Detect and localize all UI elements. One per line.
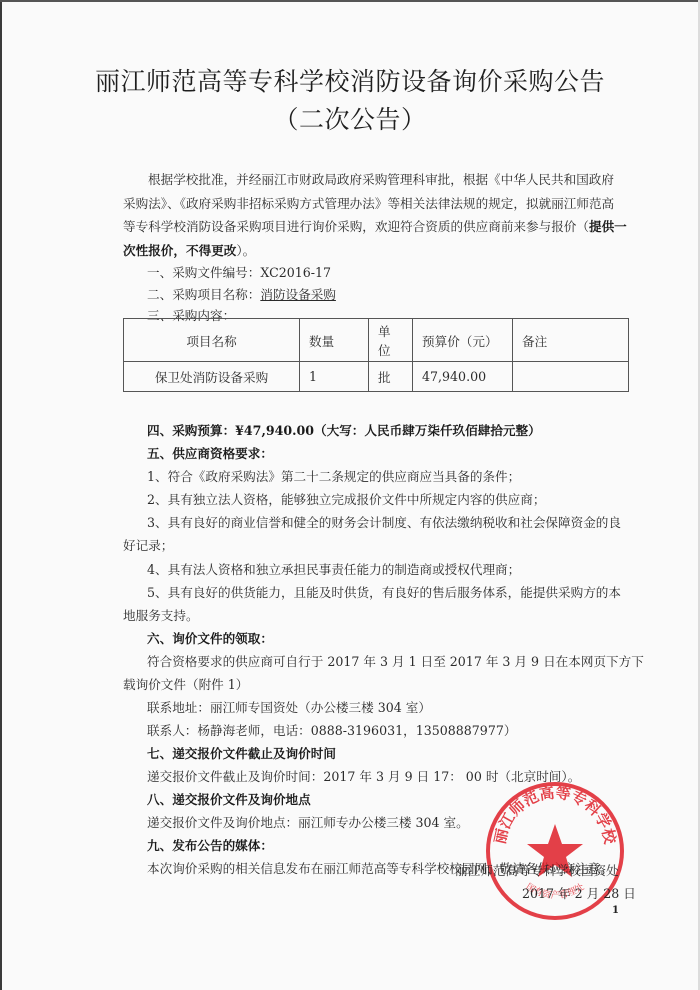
section-8-heading: 八、递交报价文件及询价地点 (147, 789, 311, 808)
section-4-budget: 四、采购预算：¥47,940.00（大写：人民币肆万柒仟玖佰肆拾元整） (147, 420, 541, 439)
section-2-label: 二、采购项目名称： (147, 287, 260, 302)
intro-line-2: 采购法》、《政府采购非招标采购方式管理办法》等相关法律法规的规定，拟就丽江师范高 (123, 196, 614, 211)
section-1-value: XC2016-17 (260, 265, 331, 280)
signature-date: 2017 年 2 月 28 日 (522, 883, 636, 902)
section-5-heading: 五、供应商资格要求： (147, 443, 273, 462)
header-unit: 单位 (369, 319, 413, 362)
procurement-table: 项目名称 数量 单位 预算价（元） 备注 保卫处消防设备采购 1 批 47,94… (123, 318, 629, 392)
section-7-heading: 七、递交报价文件截止及询价时间 (147, 743, 336, 762)
intro-line-3: 等专科学校消防设备采购项目进行询价采购，欢迎符合资质的供应商前来参与报价（ (123, 219, 589, 234)
section-1-file-number: 一、采购文件编号：XC2016-17 (147, 262, 331, 281)
signature-organization: 丽江师范高等专科学校国资处 (455, 860, 619, 879)
requirement-item: 5、具有良好的供货能力，且能及时供货，有良好的售后服务体系，能提供采购方的本 (147, 582, 621, 601)
section-6-text-continued: 载询价文件（附件 1） (123, 674, 248, 693)
section-6-text: 符合资格要求的供应商可自行于 2017 年 3 月 1 日至 2017 年 3 … (147, 651, 644, 670)
cell-item-name: 保卫处消防设备采购 (124, 362, 300, 392)
intro-emphasis-1: 提供一 (589, 219, 627, 234)
section-6-heading: 六、询价文件的领取： (147, 628, 273, 647)
table-header-row: 项目名称 数量 单位 预算价（元） 备注 (124, 319, 629, 362)
header-quantity: 数量 (300, 319, 369, 362)
section-1-label: 一、采购文件编号： (147, 265, 260, 280)
scan-edge-top (0, 0, 700, 2)
page-number: 1 (612, 905, 619, 916)
intro-line-4: ）。 (236, 243, 255, 258)
requirement-item: 3、具有良好的商业信誉和健全的财务会计制度、有依法缴纳税收和社会保障资金的良 (147, 512, 621, 531)
contact-person: 联系人：杨静海老师，电话：0888-3196031，13508887977） (147, 720, 516, 739)
section-2-project-name: 二、采购项目名称：消防设备采购 (147, 284, 336, 303)
requirement-item: 2、具有独立法人资格，能够独立完成报价文件中所规定内容的供应商； (147, 489, 545, 508)
cell-quantity: 1 (300, 362, 369, 392)
cell-unit: 批 (369, 362, 413, 392)
requirement-item-continued: 好记录； (123, 535, 173, 554)
requirement-item-continued: 地服务支持。 (123, 605, 199, 624)
cell-budget: 47,940.00 (413, 362, 513, 392)
requirement-item: 4、具有法人资格和独立承担民事责任能力的制造商或授权代理商； (147, 559, 520, 578)
document-subtitle: （二次公告） (0, 100, 700, 136)
scan-edge-left (0, 0, 2, 990)
table-row: 保卫处消防设备采购 1 批 47,940.00 (124, 362, 629, 392)
header-budget: 预算价（元） (413, 319, 513, 362)
header-remarks: 备注 (513, 319, 629, 362)
header-item-name: 项目名称 (124, 319, 300, 362)
cell-remarks (513, 362, 629, 392)
section-2-value: 消防设备采购 (260, 287, 336, 302)
contact-address: 联系地址：丽江师专国资处（办公楼三楼 304 室） (147, 697, 431, 716)
document-title: 丽江师范高等专科学校消防设备询价采购公告 (0, 62, 700, 98)
section-8-text: 递交报价文件及询价地点：丽江师专办公楼三楼 304 室。 (147, 812, 469, 831)
requirement-item: 1、符合《政府采购法》第二十二条规定的供应商应当具备的条件； (147, 466, 520, 485)
intro-emphasis-2: 次性报价，不得更改 (123, 243, 236, 258)
intro-line-1: 根据学校批准，并经丽江市财政局政府采购管理科审批，根据《中华人民共和国政府 (148, 172, 614, 187)
intro-paragraph: 根据学校批准，并经丽江市财政局政府采购管理科审批，根据《中华人民共和国政府 采购… (123, 168, 631, 262)
section-9-heading: 九、发布公告的媒体： (147, 835, 273, 854)
